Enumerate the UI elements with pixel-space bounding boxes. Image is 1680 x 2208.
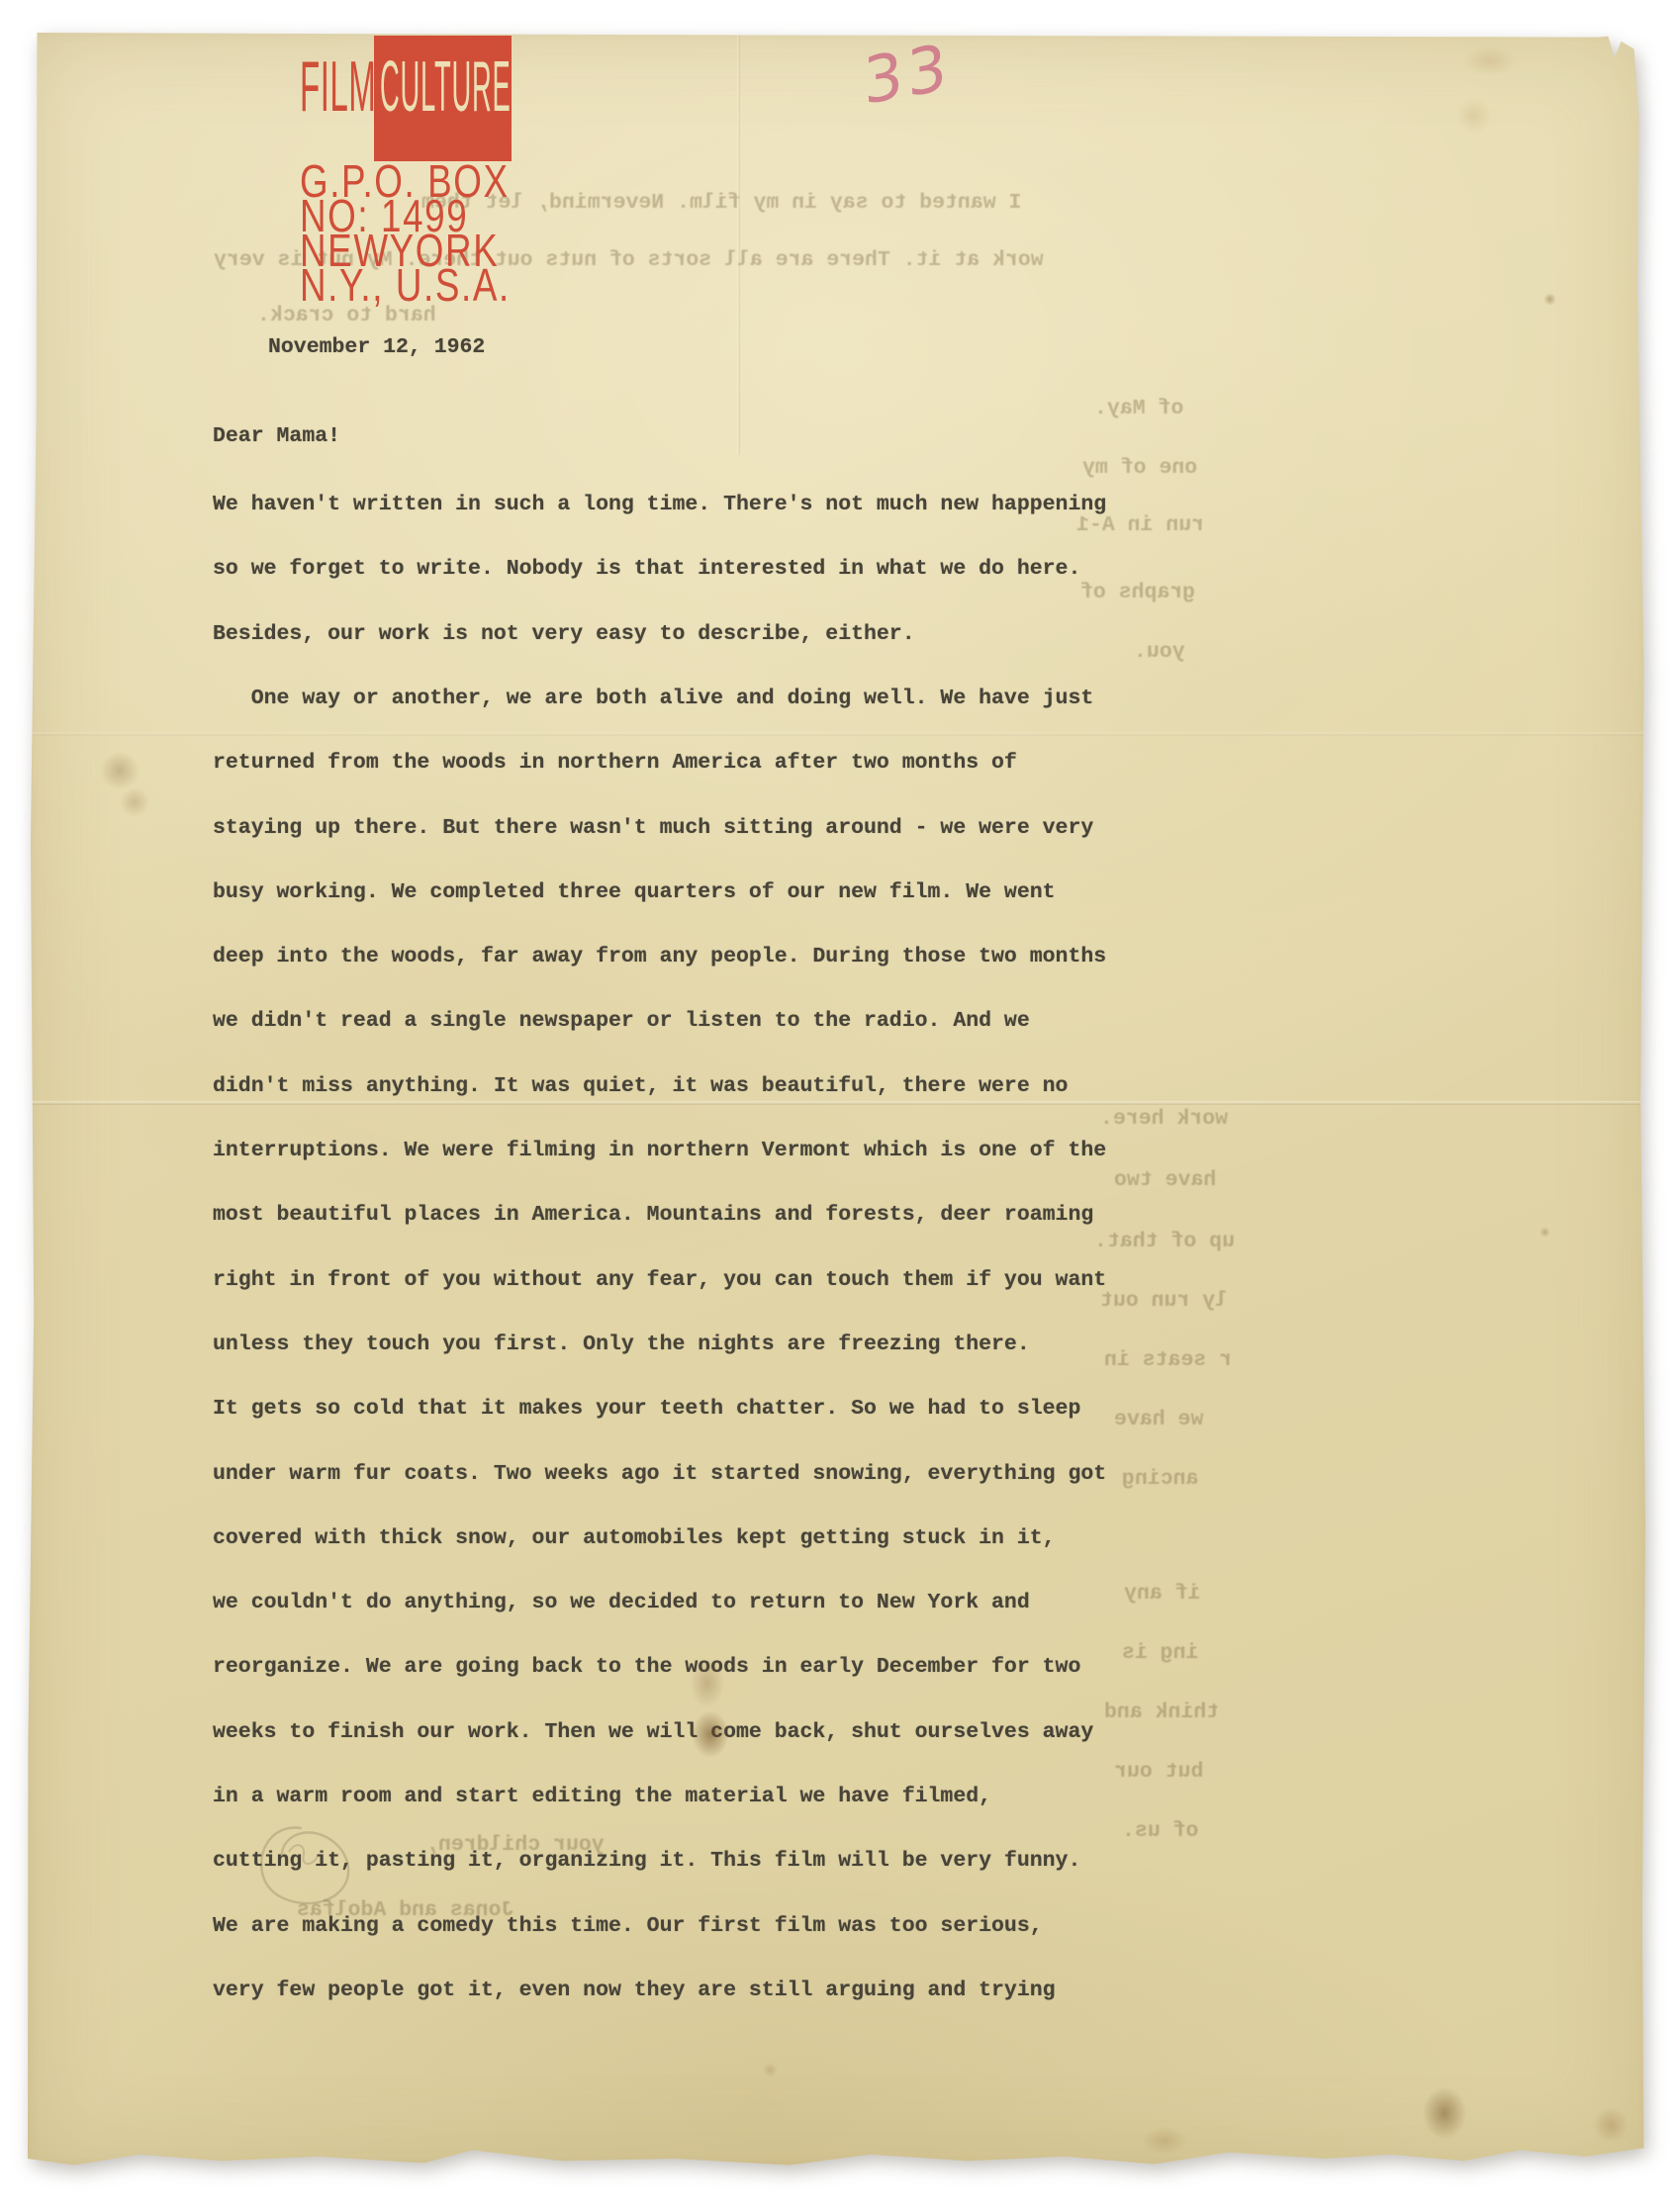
bleedthrough-text: one of my (1082, 455, 1197, 481)
fold-crease-upper (26, 732, 1650, 736)
typed-line: very few people got it, even now they ar… (213, 1978, 1056, 2003)
typed-line: weeks to finish our work. Then we will c… (213, 1719, 1093, 1745)
letter-paper: I wanted to say in my film. Nevermind, l… (26, 30, 1650, 2169)
stain (1413, 2070, 1476, 2157)
stain (119, 787, 150, 817)
stain (1543, 293, 1556, 306)
stain (1454, 99, 1494, 133)
letter-salutation: Dear Mama! (213, 423, 340, 449)
letterhead-address: G.P.O. BOX NO: 1499 NEWYORK N.Y., U.S.A. (300, 164, 511, 303)
stain (763, 2063, 778, 2077)
fold-crease-lower (26, 1101, 1650, 1105)
typed-line: right in front of you without any fear, … (213, 1267, 1106, 1293)
handwritten-page-number: 33 (863, 36, 952, 115)
fold-crease-vertical (737, 30, 740, 455)
typed-line: most beautiful places in America. Mounta… (213, 1202, 1093, 1228)
typed-line: It gets so cold that it makes your teeth… (213, 1396, 1080, 1422)
bleedthrough-text: but our (1114, 1759, 1203, 1785)
bleedthrough-text: if any (1124, 1581, 1200, 1607)
typed-line: reorganize. We are going back to the woo… (213, 1654, 1080, 1680)
bleedthrough-text: ly run out (1100, 1288, 1228, 1314)
typed-line: Besides, our work is not very easy to de… (213, 621, 915, 647)
stain (1540, 1227, 1550, 1238)
pencil-scribble (238, 1802, 371, 1927)
stain (91, 740, 148, 801)
bleedthrough-text: r seats in (1104, 1347, 1232, 1373)
typed-line: covered with thick snow, our automobiles… (213, 1525, 1056, 1551)
bleedthrough-text: we have (1114, 1407, 1203, 1432)
bleedthrough-text: you. (1134, 639, 1185, 665)
typed-line: so we forget to write. Nobody is that in… (213, 556, 1080, 582)
typed-line: One way or another, we are both alive an… (213, 686, 1093, 711)
typed-line: returned from the woods in northern Amer… (213, 750, 1017, 776)
typed-line: staying up there. But there wasn't much … (213, 815, 1093, 841)
scan-background: { "letterhead": { "film": "FILM", "cultu… (0, 0, 1680, 2208)
bleedthrough-text: think and (1104, 1700, 1219, 1725)
bleedthrough-text: up of that. (1094, 1229, 1235, 1254)
stain (1452, 38, 1528, 85)
stain (1593, 2107, 1629, 2143)
bleedthrough-text: work here. (1100, 1106, 1228, 1132)
typed-line: interruptions. We were filming in northe… (213, 1138, 1106, 1163)
bleedthrough-text: have two (1114, 1167, 1216, 1193)
typed-line: didn't miss anything. It was quiet, it w… (213, 1073, 1068, 1099)
typed-line: unless they touch you first. Only the ni… (213, 1332, 1030, 1357)
bleedthrough-text: ancing (1122, 1466, 1198, 1492)
typed-line: busy working. We completed three quarter… (213, 879, 1056, 905)
typed-line: we couldn't do anything, so we decided t… (213, 1590, 1030, 1615)
stain (1133, 2119, 1196, 2162)
bleedthrough-text: graphs of (1080, 580, 1195, 605)
letter-date: November 12, 1962 (268, 334, 485, 360)
scan-shadow-wrap: I wanted to say in my film. Nevermind, l… (0, 0, 1680, 2208)
typed-line: We are making a comedy this time. Our fi… (213, 1913, 1043, 1939)
bleedthrough-text: of us. (1122, 1818, 1198, 1844)
typed-line: deep into the woods, far away from any p… (213, 944, 1106, 969)
logo-culture-text: CULTURE (380, 51, 512, 123)
address-line: N.Y., U.S.A. (300, 268, 511, 303)
logo-film-text: FILM (300, 51, 376, 123)
bleedthrough-text: of May. (1094, 396, 1183, 421)
bleedthrough-text: ing is (1122, 1640, 1198, 1666)
typed-line: under warm fur coats. Two weeks ago it s… (213, 1461, 1106, 1487)
bleedthrough-text: I wanted to say in my film. Nevermind, l… (421, 190, 1021, 216)
typed-line: we didn't read a single newspaper or lis… (213, 1008, 1030, 1034)
typed-line: We haven't written in such a long time. … (213, 492, 1106, 517)
